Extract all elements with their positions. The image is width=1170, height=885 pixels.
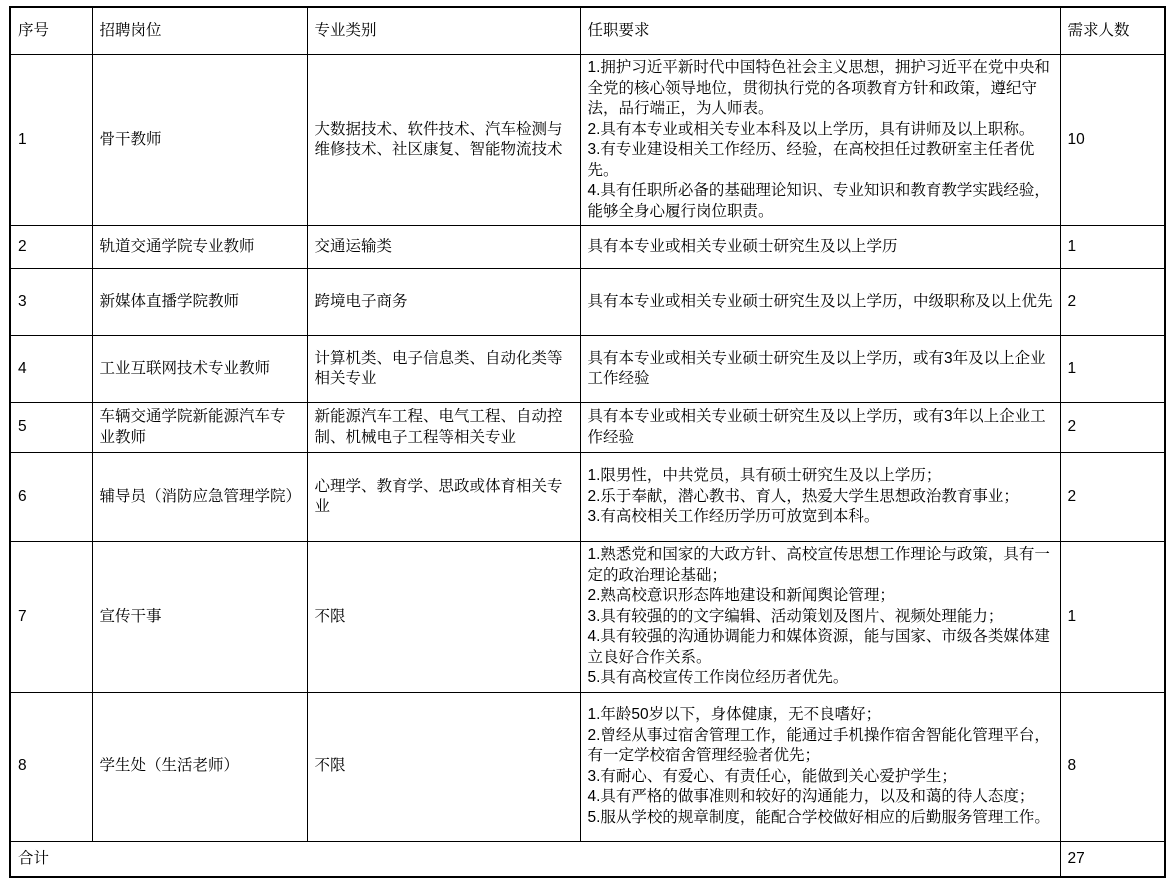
requirement-line: 2.乐于奉献，潜心教书、育人，热爱大学生思想政治教育事业； [588, 487, 1053, 508]
requirement-line: 4.具有任职所必备的基础理论知识、专业知识和教育教学实践经验，能够全身心履行岗位… [588, 181, 1053, 222]
cell-category: 不限 [307, 542, 580, 693]
requirement-line: 1.熟悉党和国家的大政方针、高校宣传思想工作理论与政策，具有一定的政治理论基础； [588, 545, 1053, 586]
cell-requirements: 1.拥护习近平新时代中国特色社会主义思想，拥护习近平在党中央和全党的核心领导地位… [580, 55, 1060, 226]
cell-requirements: 1.熟悉党和国家的大政方针、高校宣传思想工作理论与政策，具有一定的政治理论基础；… [580, 542, 1060, 693]
requirement-line: 5.服从学校的规章制度，能配合学校做好相应的后勤服务管理工作。 [588, 808, 1053, 829]
cell-index: 8 [10, 692, 92, 841]
header-row: 序号 招聘岗位 专业类别 任职要求 需求人数 [10, 7, 1165, 55]
table-row: 5车辆交通学院新能源汽车专业教师新能源汽车工程、电气工程、自动控制、机械电子工程… [10, 403, 1165, 453]
cell-requirements: 具有本专业或相关专业硕士研究生及以上学历，中级职称及以上优先 [580, 269, 1060, 336]
recruitment-table: 序号 招聘岗位 专业类别 任职要求 需求人数 1骨干教师大数据技术、软件技术、汽… [9, 6, 1166, 878]
cell-position: 宣传干事 [92, 542, 307, 693]
cell-index: 6 [10, 453, 92, 542]
requirement-line: 1.年龄50岁以下，身体健康，无不良嗜好； [588, 705, 1053, 726]
cell-count: 1 [1060, 542, 1165, 693]
total-row: 合计 27 [10, 841, 1165, 877]
cell-position: 工业互联网技术专业教师 [92, 336, 307, 403]
requirement-line: 具有本专业或相关专业硕士研究生及以上学历 [588, 237, 1053, 258]
table-row: 4工业互联网技术专业教师计算机类、电子信息类、自动化类等相关专业具有本专业或相关… [10, 336, 1165, 403]
requirement-line: 3.具有较强的的文字编辑、活动策划及图片、视频处理能力； [588, 607, 1053, 628]
requirement-line: 具有本专业或相关专业硕士研究生及以上学历，或有3年及以上企业工作经验 [588, 349, 1053, 390]
cell-category: 跨境电子商务 [307, 269, 580, 336]
cell-requirements: 1.限男性，中共党员，具有硕士研究生及以上学历；2.乐于奉献，潜心教书、育人，热… [580, 453, 1060, 542]
cell-count: 1 [1060, 226, 1165, 269]
table-row: 3新媒体直播学院教师跨境电子商务具有本专业或相关专业硕士研究生及以上学历，中级职… [10, 269, 1165, 336]
cell-position: 轨道交通学院专业教师 [92, 226, 307, 269]
column-header-category: 专业类别 [307, 7, 580, 55]
cell-index: 2 [10, 226, 92, 269]
requirement-line: 具有本专业或相关专业硕士研究生及以上学历，或有3年以上企业工作经验 [588, 407, 1053, 448]
requirement-line: 1.拥护习近平新时代中国特色社会主义思想，拥护习近平在党中央和全党的核心领导地位… [588, 58, 1053, 120]
table-row: 6辅导员（消防应急管理学院）心理学、教育学、思政或体育相关专业1.限男性，中共党… [10, 453, 1165, 542]
column-header-position: 招聘岗位 [92, 7, 307, 55]
column-header-requirements: 任职要求 [580, 7, 1060, 55]
table-row: 8学生处（生活老师）不限1.年龄50岁以下，身体健康，无不良嗜好；2.曾经从事过… [10, 692, 1165, 841]
table-row: 1骨干教师大数据技术、软件技术、汽车检测与维修技术、社区康复、智能物流技术1.拥… [10, 55, 1165, 226]
cell-index: 5 [10, 403, 92, 453]
table-row: 2轨道交通学院专业教师交通运输类具有本专业或相关专业硕士研究生及以上学历1 [10, 226, 1165, 269]
cell-position: 车辆交通学院新能源汽车专业教师 [92, 403, 307, 453]
cell-requirements: 1.年龄50岁以下，身体健康，无不良嗜好；2.曾经从事过宿舍管理工作，能通过手机… [580, 692, 1060, 841]
cell-category: 心理学、教育学、思政或体育相关专业 [307, 453, 580, 542]
cell-index: 3 [10, 269, 92, 336]
cell-count: 2 [1060, 403, 1165, 453]
requirement-line: 2.具有本专业或相关专业本科及以上学历，具有讲师及以上职称。 [588, 120, 1053, 141]
cell-requirements: 具有本专业或相关专业硕士研究生及以上学历，或有3年及以上企业工作经验 [580, 336, 1060, 403]
cell-category: 新能源汽车工程、电气工程、自动控制、机械电子工程等相关专业 [307, 403, 580, 453]
cell-requirements: 具有本专业或相关专业硕士研究生及以上学历 [580, 226, 1060, 269]
cell-category: 不限 [307, 692, 580, 841]
cell-requirements: 具有本专业或相关专业硕士研究生及以上学历，或有3年以上企业工作经验 [580, 403, 1060, 453]
cell-position: 骨干教师 [92, 55, 307, 226]
cell-index: 1 [10, 55, 92, 226]
column-header-count: 需求人数 [1060, 7, 1165, 55]
requirement-line: 3.有专业建设相关工作经历、经验，在高校担任过教研室主任者优先。 [588, 140, 1053, 181]
cell-count: 1 [1060, 336, 1165, 403]
column-header-index: 序号 [10, 7, 92, 55]
cell-position: 新媒体直播学院教师 [92, 269, 307, 336]
requirement-line: 2.曾经从事过宿舍管理工作，能通过手机操作宿舍智能化管理平台，有一定学校宿舍管理… [588, 726, 1053, 767]
cell-index: 7 [10, 542, 92, 693]
cell-category: 交通运输类 [307, 226, 580, 269]
cell-category: 大数据技术、软件技术、汽车检测与维修技术、社区康复、智能物流技术 [307, 55, 580, 226]
cell-count: 2 [1060, 269, 1165, 336]
requirement-line: 2.熟高校意识形态阵地建设和新闻舆论管理； [588, 586, 1053, 607]
requirement-line: 5.具有高校宣传工作岗位经历者优先。 [588, 668, 1053, 689]
requirement-line: 3.有高校相关工作经历学历可放宽到本科。 [588, 507, 1053, 528]
cell-count: 10 [1060, 55, 1165, 226]
cell-position: 学生处（生活老师） [92, 692, 307, 841]
total-count: 27 [1060, 841, 1165, 877]
requirement-line: 1.限男性，中共党员，具有硕士研究生及以上学历； [588, 466, 1053, 487]
requirement-line: 4.具有较强的沟通协调能力和媒体资源，能与国家、市级各类媒体建立良好合作关系。 [588, 627, 1053, 668]
cell-category: 计算机类、电子信息类、自动化类等相关专业 [307, 336, 580, 403]
cell-position: 辅导员（消防应急管理学院） [92, 453, 307, 542]
cell-count: 2 [1060, 453, 1165, 542]
requirement-line: 3.有耐心、有爱心、有责任心，能做到关心爱护学生； [588, 767, 1053, 788]
requirement-line: 4.具有严格的做事准则和较好的沟通能力，以及和蔼的待人态度； [588, 787, 1053, 808]
total-label: 合计 [10, 841, 1060, 877]
table-row: 7宣传干事不限1.熟悉党和国家的大政方针、高校宣传思想工作理论与政策，具有一定的… [10, 542, 1165, 693]
requirement-line: 具有本专业或相关专业硕士研究生及以上学历，中级职称及以上优先 [588, 292, 1053, 313]
cell-index: 4 [10, 336, 92, 403]
cell-count: 8 [1060, 692, 1165, 841]
